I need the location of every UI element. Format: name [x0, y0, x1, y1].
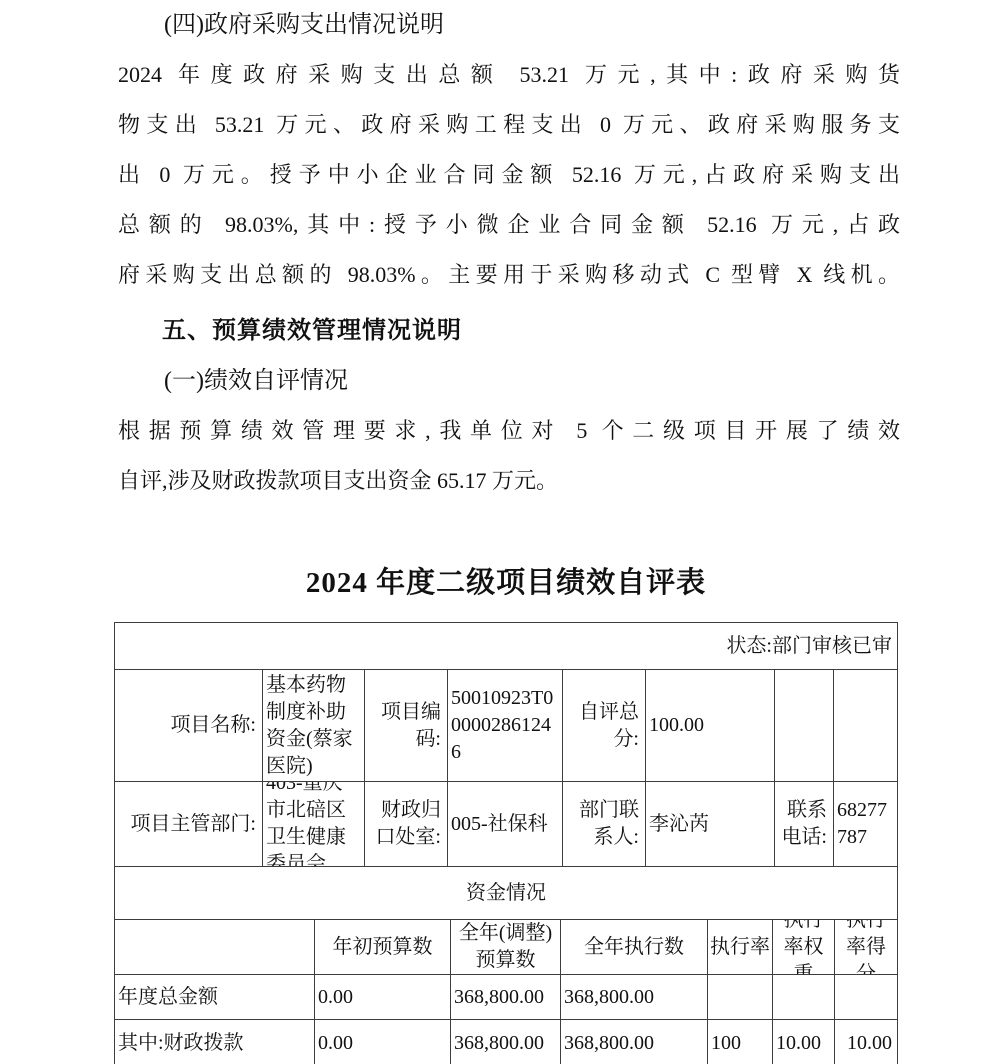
fund-header-rate: 执行率 [708, 920, 773, 974]
table-row-fund-header: 年初预算数 全年(调整)预算数 全年执行数 执行率 执行率权重 执行率得分 [115, 919, 897, 974]
adjusted-budget-value: 368,800.00 [451, 975, 561, 1019]
executed-value: 368,800.00 [561, 1020, 708, 1064]
initial-budget-value: 0.00 [315, 1020, 451, 1064]
contact-label: 部门联系人: [563, 782, 646, 866]
rate-weight-value: 10.00 [773, 1020, 835, 1064]
dept-value: 403-重庆市北碚区卫生健康委员会 [263, 782, 365, 866]
phone-value: 68277787 [834, 782, 897, 866]
section-heading-procurement: (四)政府采购支出情况说明 [118, 8, 900, 42]
fund-header-initial-budget: 年初预算数 [315, 920, 451, 974]
paragraph-procurement: 2024 年度政府采购支出总额 53.21 万元,其中:政府采购货 物支出 53… [118, 50, 900, 300]
self-score-value: 100.00 [646, 670, 775, 781]
section-heading-performance: 五、预算绩效管理情况说明 [118, 314, 900, 348]
rate-score-value: 10.00 [835, 1020, 897, 1064]
table-row-fund-title: 资金情况 [115, 866, 897, 919]
table-row-project: 项目名称: 基本药物制度补助资金(蔡家医院) 项目编码: 50010923T00… [115, 669, 897, 781]
dept-label: 项目主管部门: [115, 782, 263, 866]
empty-cell [834, 670, 897, 781]
project-code-label: 项目编码: [365, 670, 448, 781]
initial-budget-value: 0.00 [315, 975, 451, 1019]
phone-label: 联系电话: [775, 782, 834, 866]
table-row-department: 项目主管部门: 403-重庆市北碚区卫生健康委员会 财政归口处室: 005-社保… [115, 781, 897, 866]
table-title: 2024 年度二级项目绩效自评表 [115, 560, 897, 601]
project-name-label: 项目名称: [115, 670, 263, 781]
paragraph-self-eval: 根据预算绩效管理要求,我单位对 5 个二级项目开展了绩效 自评,涉及财政拨款项目… [118, 406, 900, 506]
fund-header-blank [115, 920, 315, 974]
adjusted-budget-value: 368,800.00 [451, 1020, 561, 1064]
row-label: 年度总金额 [115, 975, 315, 1019]
table-row-total-amount: 年度总金额 0.00 368,800.00 368,800.00 [115, 974, 897, 1019]
project-code-value: 50010923T000002861246 [448, 670, 563, 781]
row-label: 其中:财政拨款 [115, 1020, 315, 1064]
table-row-fiscal-allocation: 其中:财政拨款 0.00 368,800.00 368,800.00 100 1… [115, 1019, 897, 1064]
fund-header-executed: 全年执行数 [561, 920, 708, 974]
paragraph-line: 自评,涉及财政拨款项目支出资金 65.17 万元。 [118, 456, 900, 506]
empty-cell [775, 670, 834, 781]
fund-header-adjusted-budget: 全年(调整)预算数 [451, 920, 561, 974]
rate-value [708, 975, 773, 1019]
contact-value: 李沁芮 [646, 782, 775, 866]
paragraph-line: 根据预算绩效管理要求,我单位对 5 个二级项目开展了绩效 [118, 406, 900, 456]
finance-office-label: 财政归口处室: [365, 782, 448, 866]
subsection-heading-self-eval: (一)绩效自评情况 [118, 364, 900, 398]
rate-weight-value [773, 975, 835, 1019]
status-cell: 状态:部门审核已审 [115, 623, 897, 669]
table-row-status: 状态:部门审核已审 [115, 623, 897, 669]
self-eval-table: 状态:部门审核已审 项目名称: 基本药物制度补助资金(蔡家医院) 项目编码: 5… [114, 622, 898, 1064]
paragraph-line: 出 0 万元。授予中小企业合同金额 52.16 万元,占政府采购支出 [118, 150, 900, 200]
rate-value: 100 [708, 1020, 773, 1064]
paragraph-line: 府采购支出总额的 98.03%。主要用于采购移动式 C 型臂 X 线机。 [118, 250, 900, 300]
paragraph-line: 总额的 98.03%,其中:授予小微企业合同金额 52.16 万元,占政 [118, 200, 900, 250]
finance-office-value: 005-社保科 [448, 782, 563, 866]
fund-header-rate-weight: 执行率权重 [773, 920, 835, 974]
project-name-value: 基本药物制度补助资金(蔡家医院) [263, 670, 365, 781]
fund-section-title: 资金情况 [115, 867, 897, 919]
paragraph-line: 2024 年度政府采购支出总额 53.21 万元,其中:政府采购货 [118, 50, 900, 100]
rate-score-value [835, 975, 897, 1019]
fund-header-rate-score: 执行率得分 [835, 920, 897, 974]
self-score-label: 自评总分: [563, 670, 646, 781]
executed-value: 368,800.00 [561, 975, 708, 1019]
paragraph-line: 物支出 53.21 万元、政府采购工程支出 0 万元、政府采购服务支 [118, 100, 900, 150]
